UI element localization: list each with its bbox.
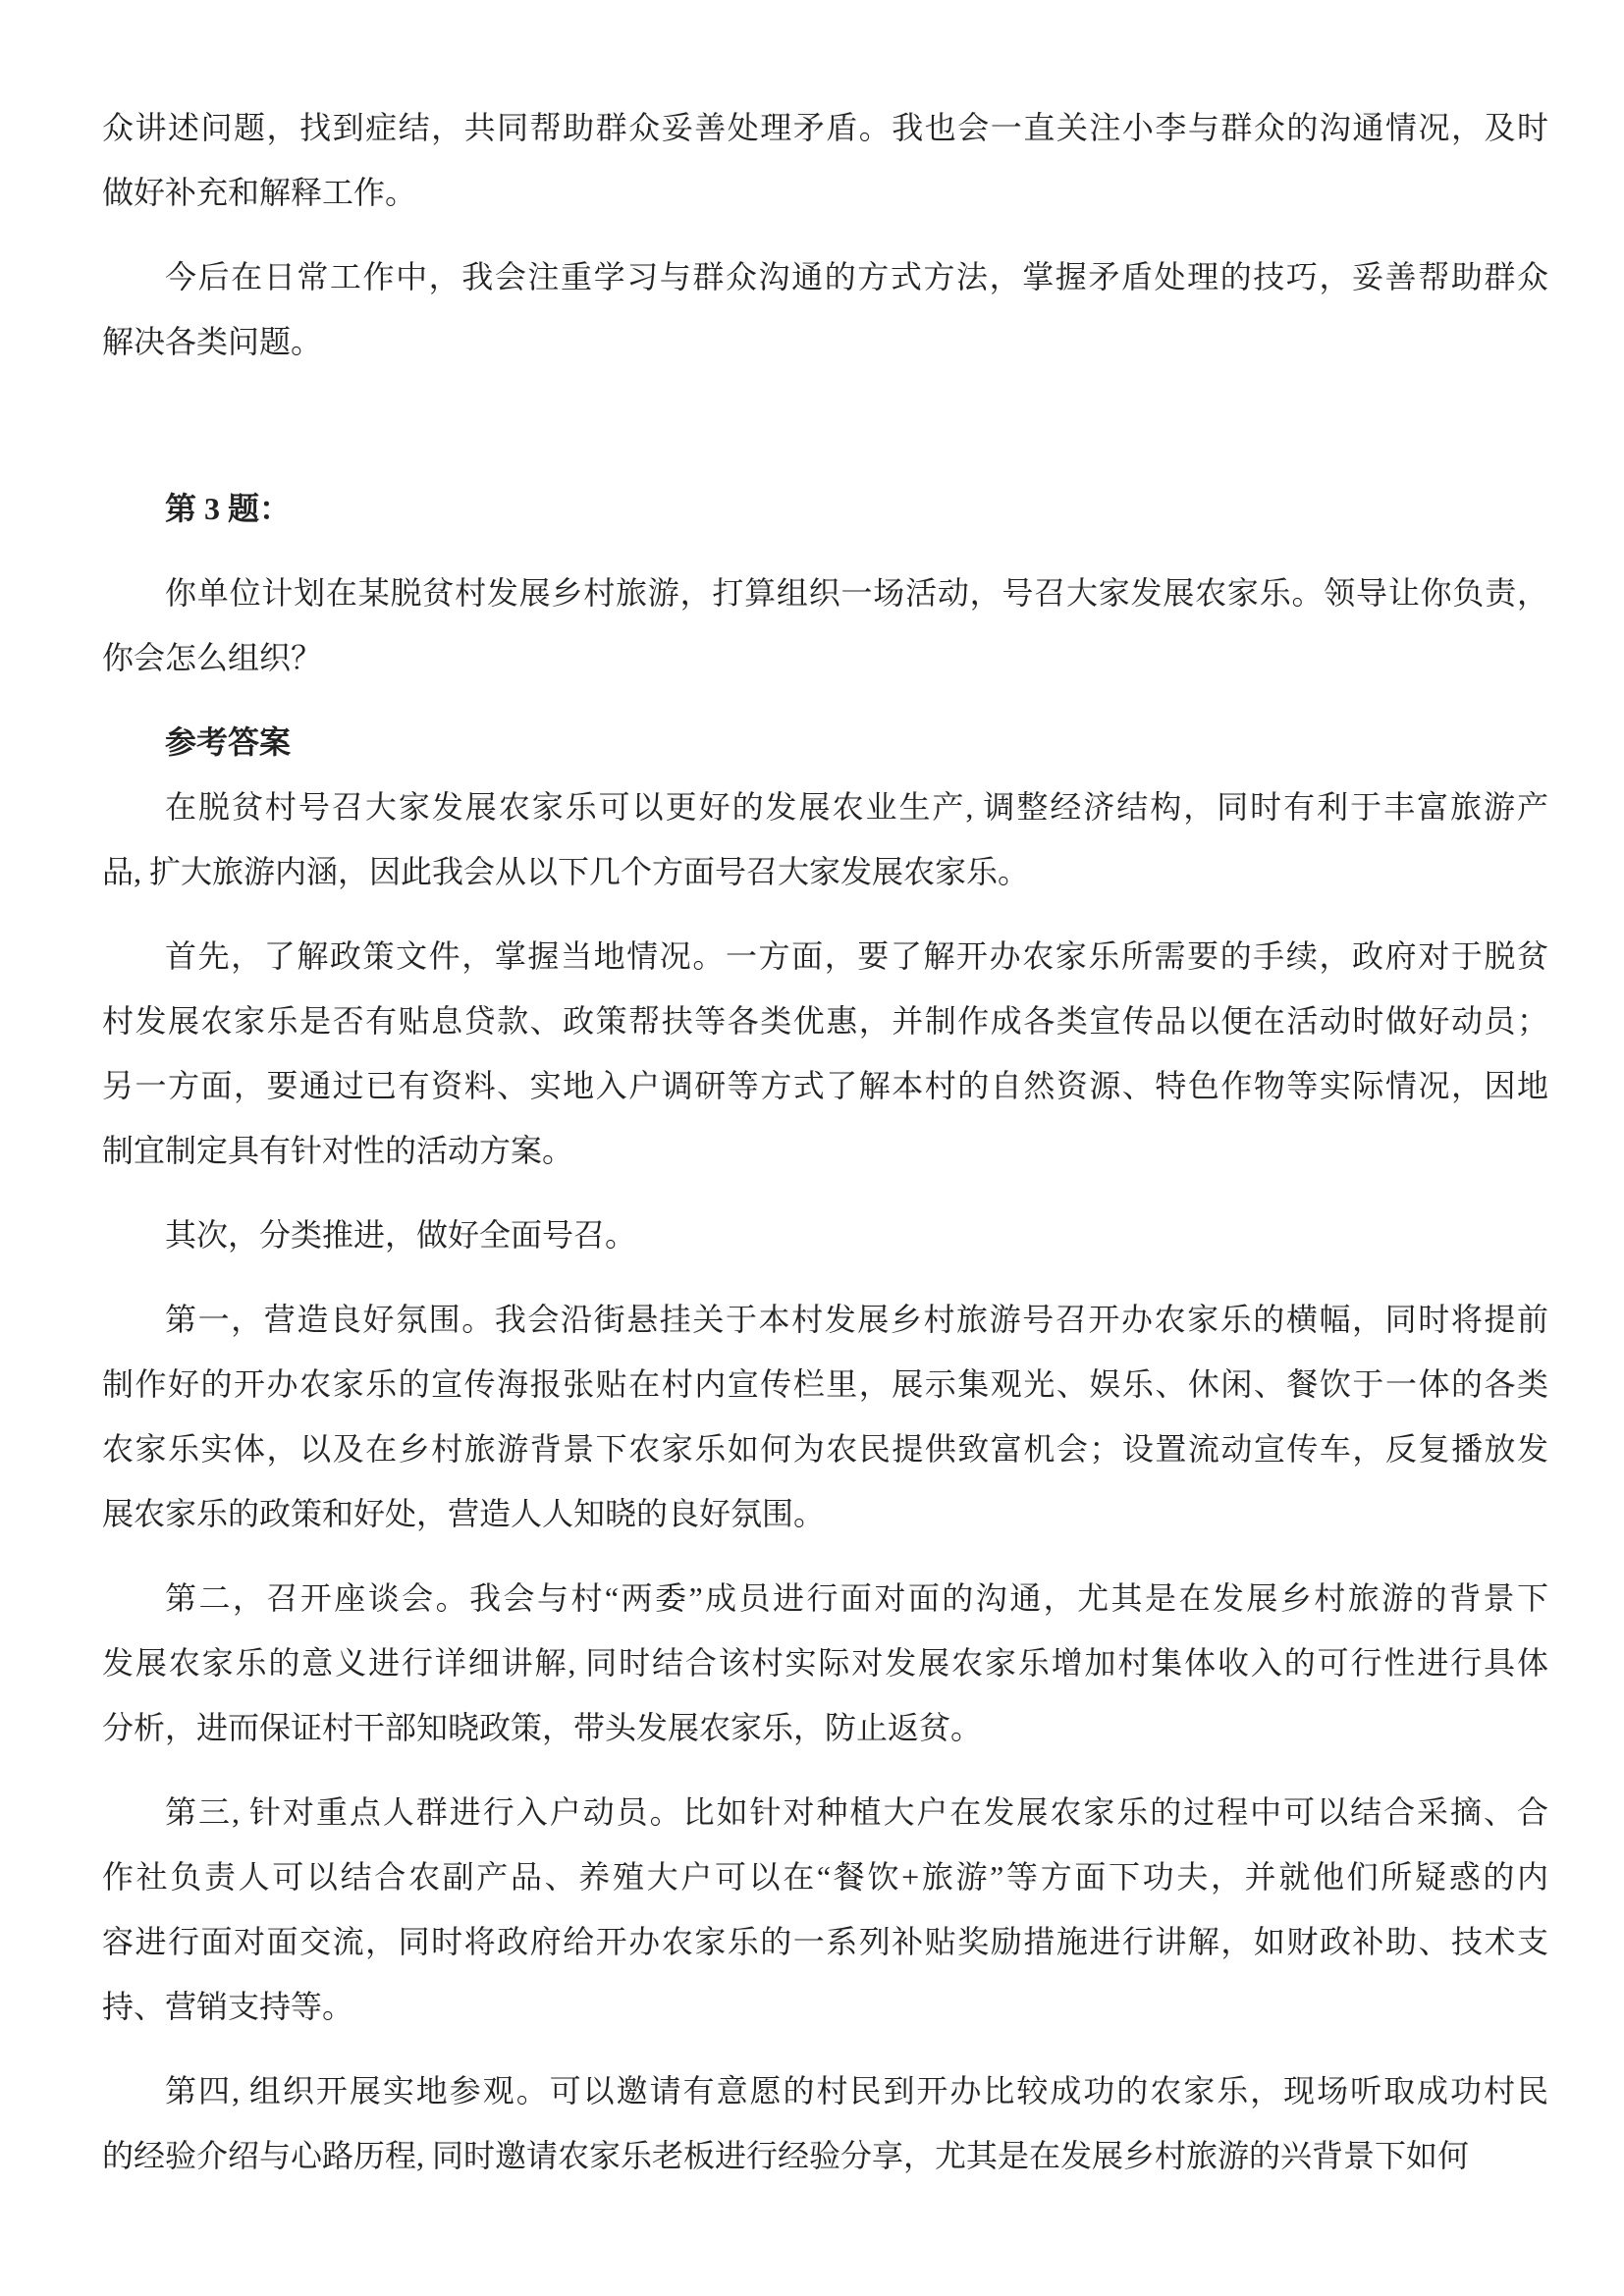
text-line: 发展农家乐的意义进行详细讲解, 同时结合该村实际对发展农家乐增加村集体收入的可行… xyxy=(102,1630,1548,1695)
text-line: 今后在日常工作中，我会注重学习与群众沟通的方式方法，掌握矛盾处理的技巧，妥善帮助… xyxy=(102,244,1548,309)
answer-point-1: 第一，营造良好氛围。我会沿街悬挂关于本村发展乡村旅游号召开办农家乐的横幅，同时将… xyxy=(102,1287,1548,1546)
question-3-heading: 第 3 题： xyxy=(102,476,1548,541)
text-line: 制宜制定具有针对性的活动方案。 xyxy=(102,1118,1548,1183)
text-line: 在脱贫村号召大家发展农家乐可以更好的发展农业生产, 调整经济结构，同时有利于丰富… xyxy=(102,774,1548,839)
text-line: 第四, 组织开展实地参观。可以邀请有意愿的村民到开办比较成功的农家乐，现场听取成… xyxy=(102,2058,1548,2123)
text-line: 第二，召开座谈会。我会与村“两委”成员进行面对面的沟通，尤其是在发展乡村旅游的背… xyxy=(102,1566,1548,1630)
text-line: 第一，营造良好氛围。我会沿街悬挂关于本村发展乡村旅游号召开办农家乐的横幅，同时将… xyxy=(102,1287,1548,1352)
text-line: 你单位计划在某脱贫村发展乡村旅游，打算组织一场活动，号召大家发展农家乐。领导让你… xyxy=(102,561,1548,625)
text-line: 另一方面，要通过已有资料、实地入户调研等方式了解本村的自然资源、特色作物等实际情… xyxy=(102,1053,1548,1118)
text-line: 解决各类问题。 xyxy=(102,309,1548,374)
document-page: 众讲述问题，找到症结，共同帮助群众妥善处理矛盾。我也会一直关注小李与群众的沟通情… xyxy=(0,0,1624,2296)
answer-point-3: 第三, 针对重点人群进行入户动员。比如针对种植大户在发展农家乐的过程中可以结合采… xyxy=(102,1780,1548,2039)
answer-intro: 在脱贫村号召大家发展农家乐可以更好的发展农业生产, 调整经济结构，同时有利于丰富… xyxy=(102,774,1548,904)
text-line: 你会怎么组织？ xyxy=(102,625,1548,690)
text-line: 作社负责人可以结合农副产品、养殖大户可以在“餐饮+旅游”等方面下功夫，并就他们所… xyxy=(102,1844,1548,1909)
para-continued-from-previous-page: 众讲述问题，找到症结，共同帮助群众妥善处理矛盾。我也会一直关注小李与群众的沟通情… xyxy=(102,95,1548,225)
answer-second-step: 其次，分类推进，做好全面号召。 xyxy=(102,1202,1548,1267)
text-line: 持、营销支持等。 xyxy=(102,1974,1548,2039)
text-line: 第三, 针对重点人群进行入户动员。比如针对种植大户在发展农家乐的过程中可以结合采… xyxy=(102,1780,1548,1844)
text-line: 制作好的开办农家乐的宣传海报张贴在村内宣传栏里，展示集观光、娱乐、休闲、餐饮于一… xyxy=(102,1352,1548,1416)
answer-point-2: 第二，召开座谈会。我会与村“两委”成员进行面对面的沟通，尤其是在发展乡村旅游的背… xyxy=(102,1566,1548,1760)
text-line: 分析，进而保证村干部知晓政策，带头发展农家乐，防止返贫。 xyxy=(102,1695,1548,1760)
document-content: 众讲述问题，找到症结，共同帮助群众妥善处理矛盾。我也会一直关注小李与群众的沟通情… xyxy=(102,95,1548,2188)
text-line: 品, 扩大旅游内涵，因此我会从以下几个方面号召大家发展农家乐。 xyxy=(102,839,1548,904)
answer-first-step: 首先，了解政策文件，掌握当地情况。一方面，要了解开办农家乐所需要的手续，政府对于… xyxy=(102,924,1548,1183)
text-line: 首先，了解政策文件，掌握当地情况。一方面，要了解开办农家乐所需要的手续，政府对于… xyxy=(102,924,1548,988)
para-future-work: 今后在日常工作中，我会注重学习与群众沟通的方式方法，掌握矛盾处理的技巧，妥善帮助… xyxy=(102,244,1548,374)
text-line: 农家乐实体，以及在乡村旅游背景下农家乐如何为农民提供致富机会；设置流动宣传车，反… xyxy=(102,1416,1548,1481)
text-line: 的经验介绍与心路历程, 同时邀请农家乐老板进行经验分享，尤其是在发展乡村旅游的兴… xyxy=(102,2123,1548,2188)
reference-answer-heading: 参考答案 xyxy=(102,710,1548,774)
question-3-text: 你单位计划在某脱贫村发展乡村旅游，打算组织一场活动，号召大家发展农家乐。领导让你… xyxy=(102,561,1548,690)
text-line: 容进行面对面交流，同时将政府给开办农家乐的一系列补贴奖励措施进行讲解，如财政补助… xyxy=(102,1909,1548,1974)
text-line: 众讲述问题，找到症结，共同帮助群众妥善处理矛盾。我也会一直关注小李与群众的沟通情… xyxy=(102,95,1548,160)
text-line: 村发展农家乐是否有贴息贷款、政策帮扶等各类优惠，并制作成各类宣传品以便在活动时做… xyxy=(102,988,1548,1053)
text-line: 其次，分类推进，做好全面号召。 xyxy=(102,1202,1548,1267)
text-line: 做好补充和解释工作。 xyxy=(102,160,1548,225)
text-line: 参考答案 xyxy=(102,710,1548,774)
text-line: 第 3 题： xyxy=(102,476,1548,541)
answer-point-4: 第四, 组织开展实地参观。可以邀请有意愿的村民到开办比较成功的农家乐，现场听取成… xyxy=(102,2058,1548,2188)
text-line: 展农家乐的政策和好处，营造人人知晓的良好氛围。 xyxy=(102,1481,1548,1546)
